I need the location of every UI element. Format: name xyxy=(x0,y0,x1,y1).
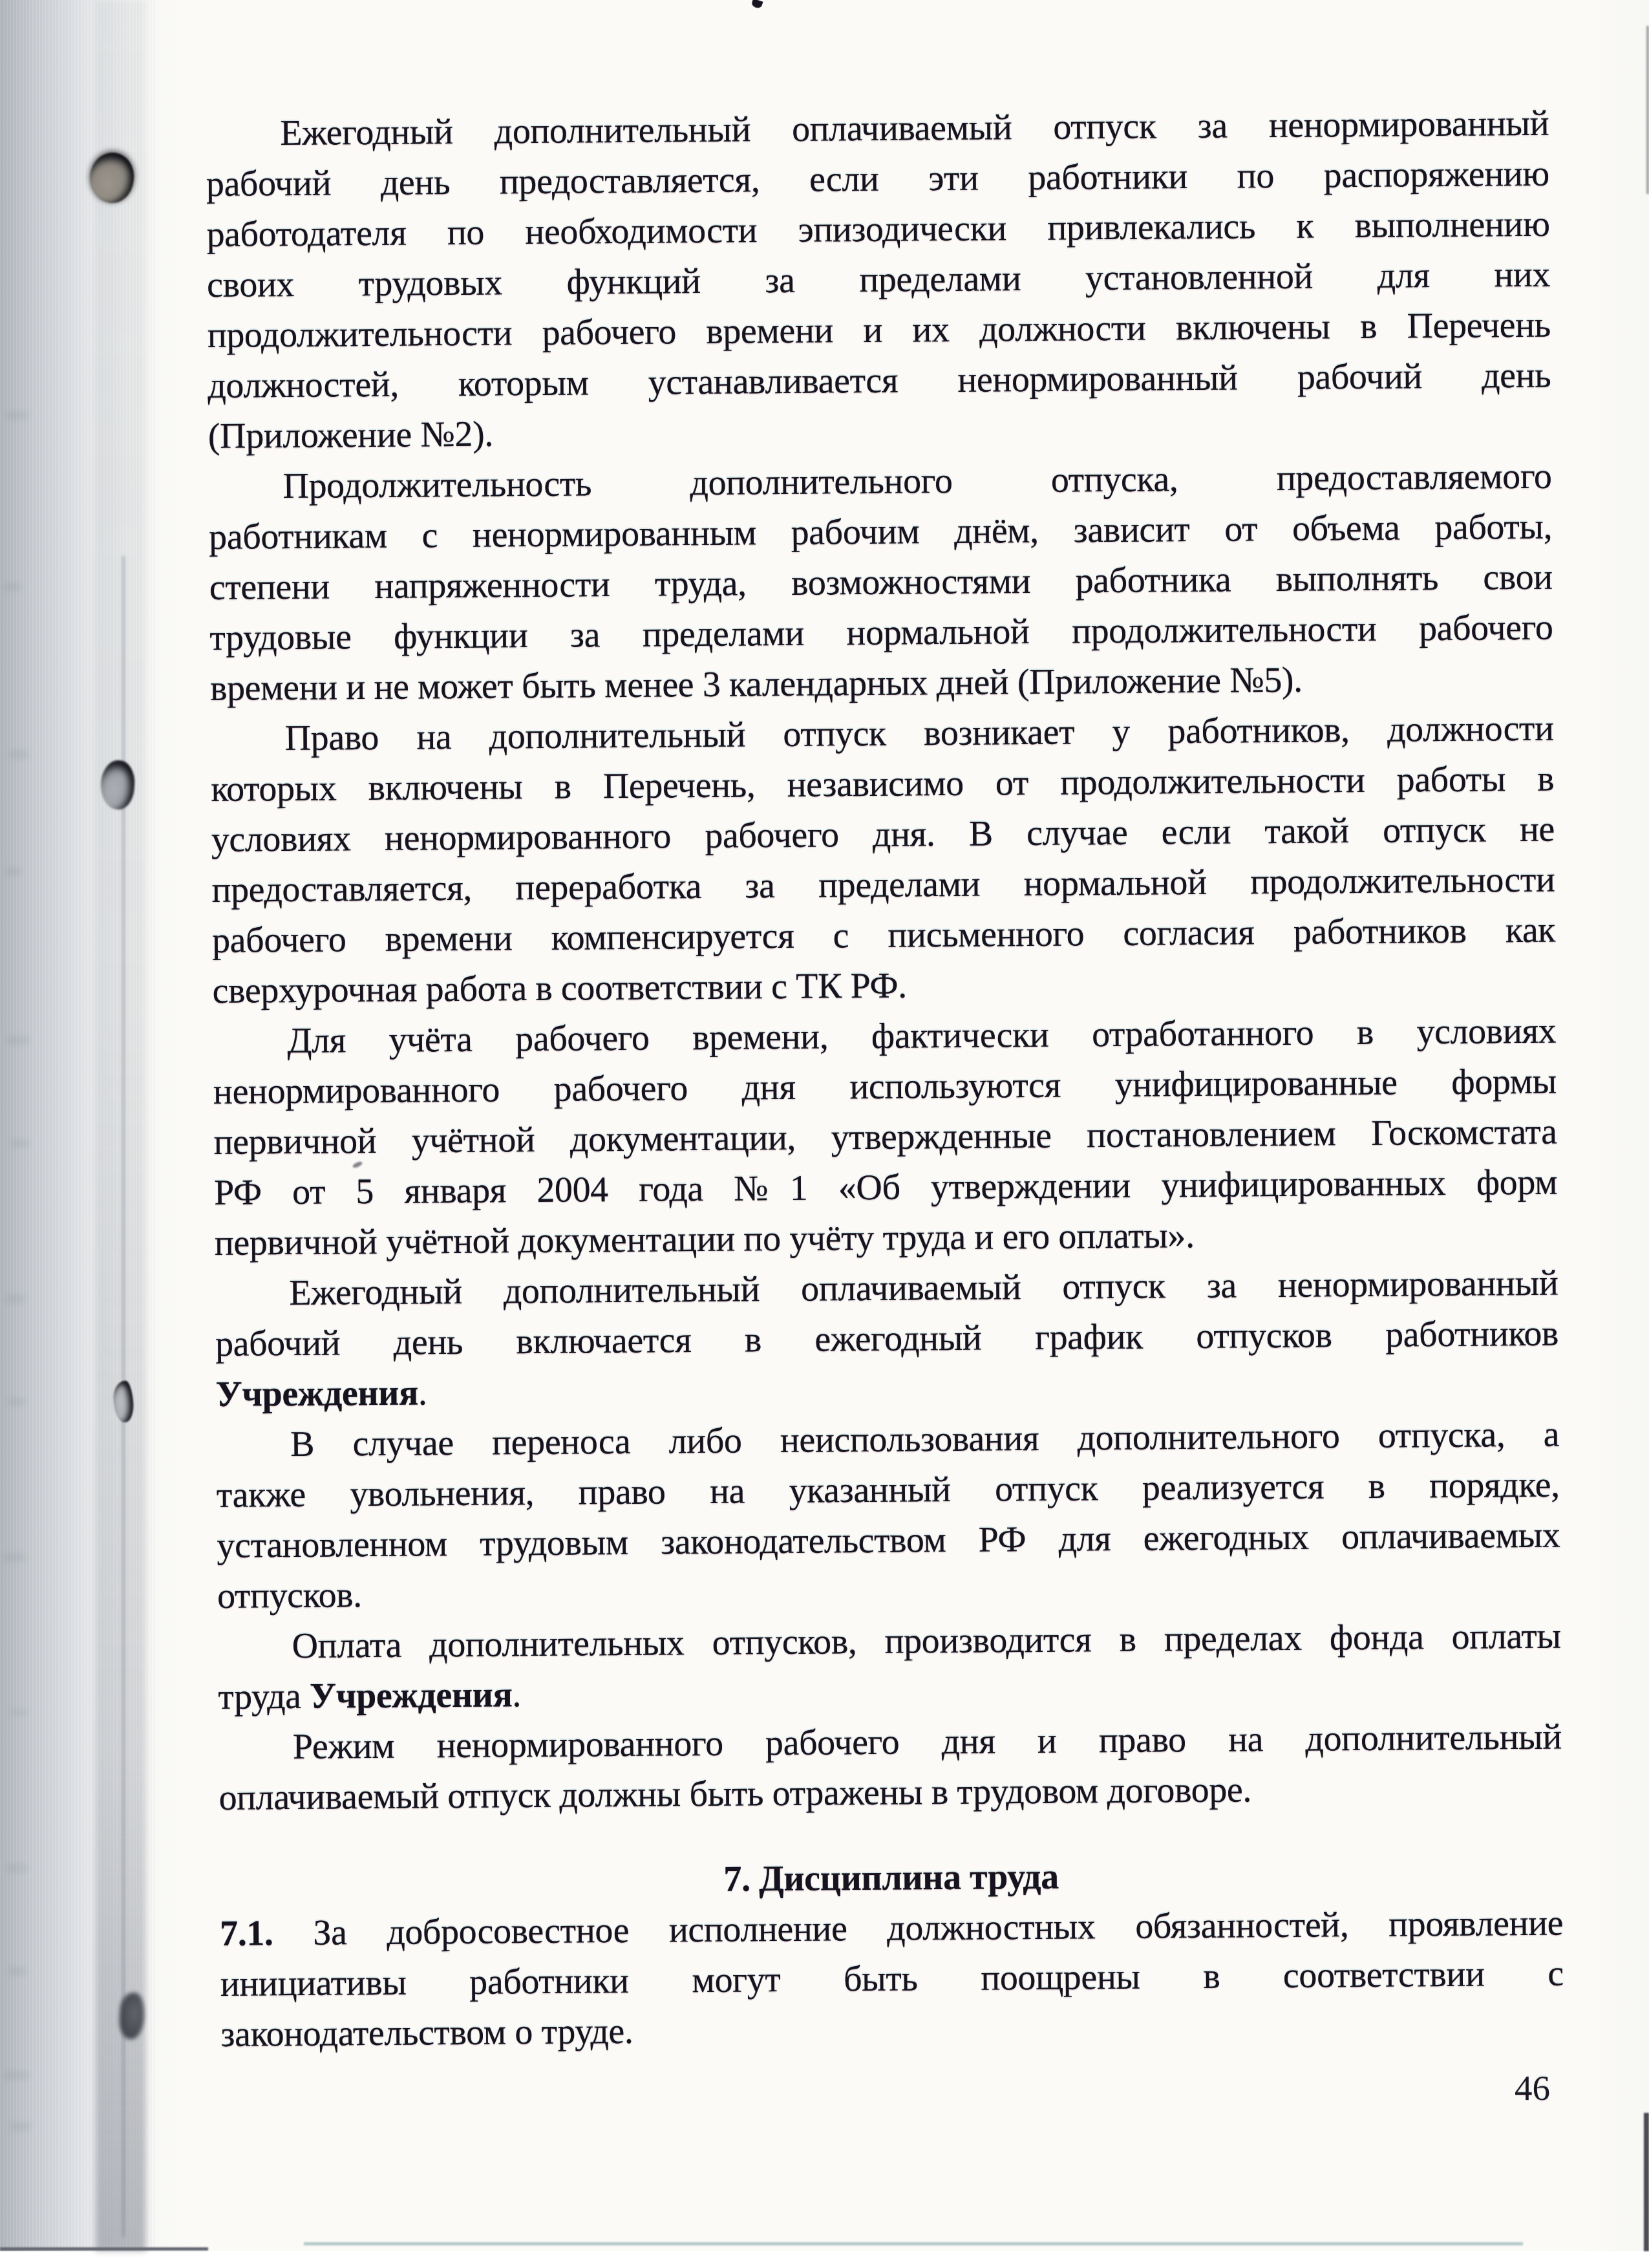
ghost-mark xyxy=(6,411,28,420)
ghost-mark xyxy=(5,1294,26,1303)
ghost-mark xyxy=(5,1863,28,1873)
paragraph-4: Для учёта рабочего времени, фактически о… xyxy=(213,1006,1558,1268)
text-line: РФ от 5 января 2004 года №1 «Об утвержде… xyxy=(214,1157,1558,1218)
ghost-mark xyxy=(9,1708,28,1717)
text-line: оплачиваемый отпуск должны быть отражены… xyxy=(218,1762,1562,1823)
ghost-mark xyxy=(6,1036,30,1045)
scan-strip-edge xyxy=(0,2247,208,2251)
ghost-mark xyxy=(10,1139,30,1148)
text-segment: . xyxy=(512,1674,521,1715)
ghost-mark xyxy=(8,1398,26,1406)
paragraph-8: Режим ненормированного рабочего дня и пр… xyxy=(218,1712,1562,1823)
scan-right-edge-artifact xyxy=(1646,26,1649,194)
text-line: Режим ненормированного рабочего дня и пр… xyxy=(218,1712,1562,1773)
text-line: рабочий день включается в ежегодный граф… xyxy=(215,1309,1559,1369)
scanned-document-page: { "doc": { "p1": { "lines": [ "Ежегодный… xyxy=(0,0,1649,2268)
binding-crease-shadow xyxy=(96,0,146,2251)
scan-right-edge-artifact xyxy=(1644,2113,1649,2251)
paragraph-5: Ежегодный дополнительный оплачиваемый от… xyxy=(215,1258,1559,1420)
bold-term: Учреждения xyxy=(215,1373,418,1414)
clause-number: 7.1. xyxy=(220,1913,273,1954)
paragraph-2: Продолжительность дополнительного отпуск… xyxy=(208,451,1553,714)
paragraph-3: Право на дополнительный отпуск возникает… xyxy=(210,703,1556,1016)
paragraph-1: Ежегодный дополнительный оплачиваемый от… xyxy=(206,98,1551,462)
text-line: установленном трудовым законодательством… xyxy=(217,1510,1560,1571)
text-line: инициативы работники могут быть поощрены… xyxy=(220,1949,1564,2009)
bold-term: Учреждения xyxy=(310,1674,513,1716)
text-line: рабочего времени компенсируется с письме… xyxy=(212,905,1556,966)
ghost-mark xyxy=(4,2070,30,2081)
ghost-mark xyxy=(4,1553,26,1562)
ghost-mark xyxy=(9,750,28,759)
ghost-mark xyxy=(5,868,22,875)
ghost-mark xyxy=(4,583,22,591)
ghost-mark xyxy=(10,2122,31,2131)
page-number: 46 xyxy=(1479,2068,1550,2108)
text-segment: труда xyxy=(218,1676,310,1717)
text-line: Оплата дополнительных отпусков, производ… xyxy=(217,1611,1561,1672)
paragraph-6: В случае переноса либо неиспользования д… xyxy=(216,1409,1560,1621)
text-segment: . xyxy=(418,1373,427,1413)
scan-bottom-line xyxy=(304,2242,1523,2245)
paragraph-7-1: 7.1. За добросовестное исполнение должно… xyxy=(220,1898,1564,2060)
text-line: законодательством о труде. xyxy=(220,1999,1564,2060)
document-text: Ежегодный дополнительный оплачиваемый от… xyxy=(206,98,1564,2060)
text-line: должностей, которым устанавливается нено… xyxy=(207,350,1551,411)
text-line: трудовые функции за пределами нормальной… xyxy=(209,603,1553,663)
text-segment: За добросовестное исполнение должностных… xyxy=(273,1903,1563,1954)
ghost-mark xyxy=(8,1967,27,1976)
paragraph-7: Оплата дополнительных отпусков, производ… xyxy=(217,1611,1561,1722)
